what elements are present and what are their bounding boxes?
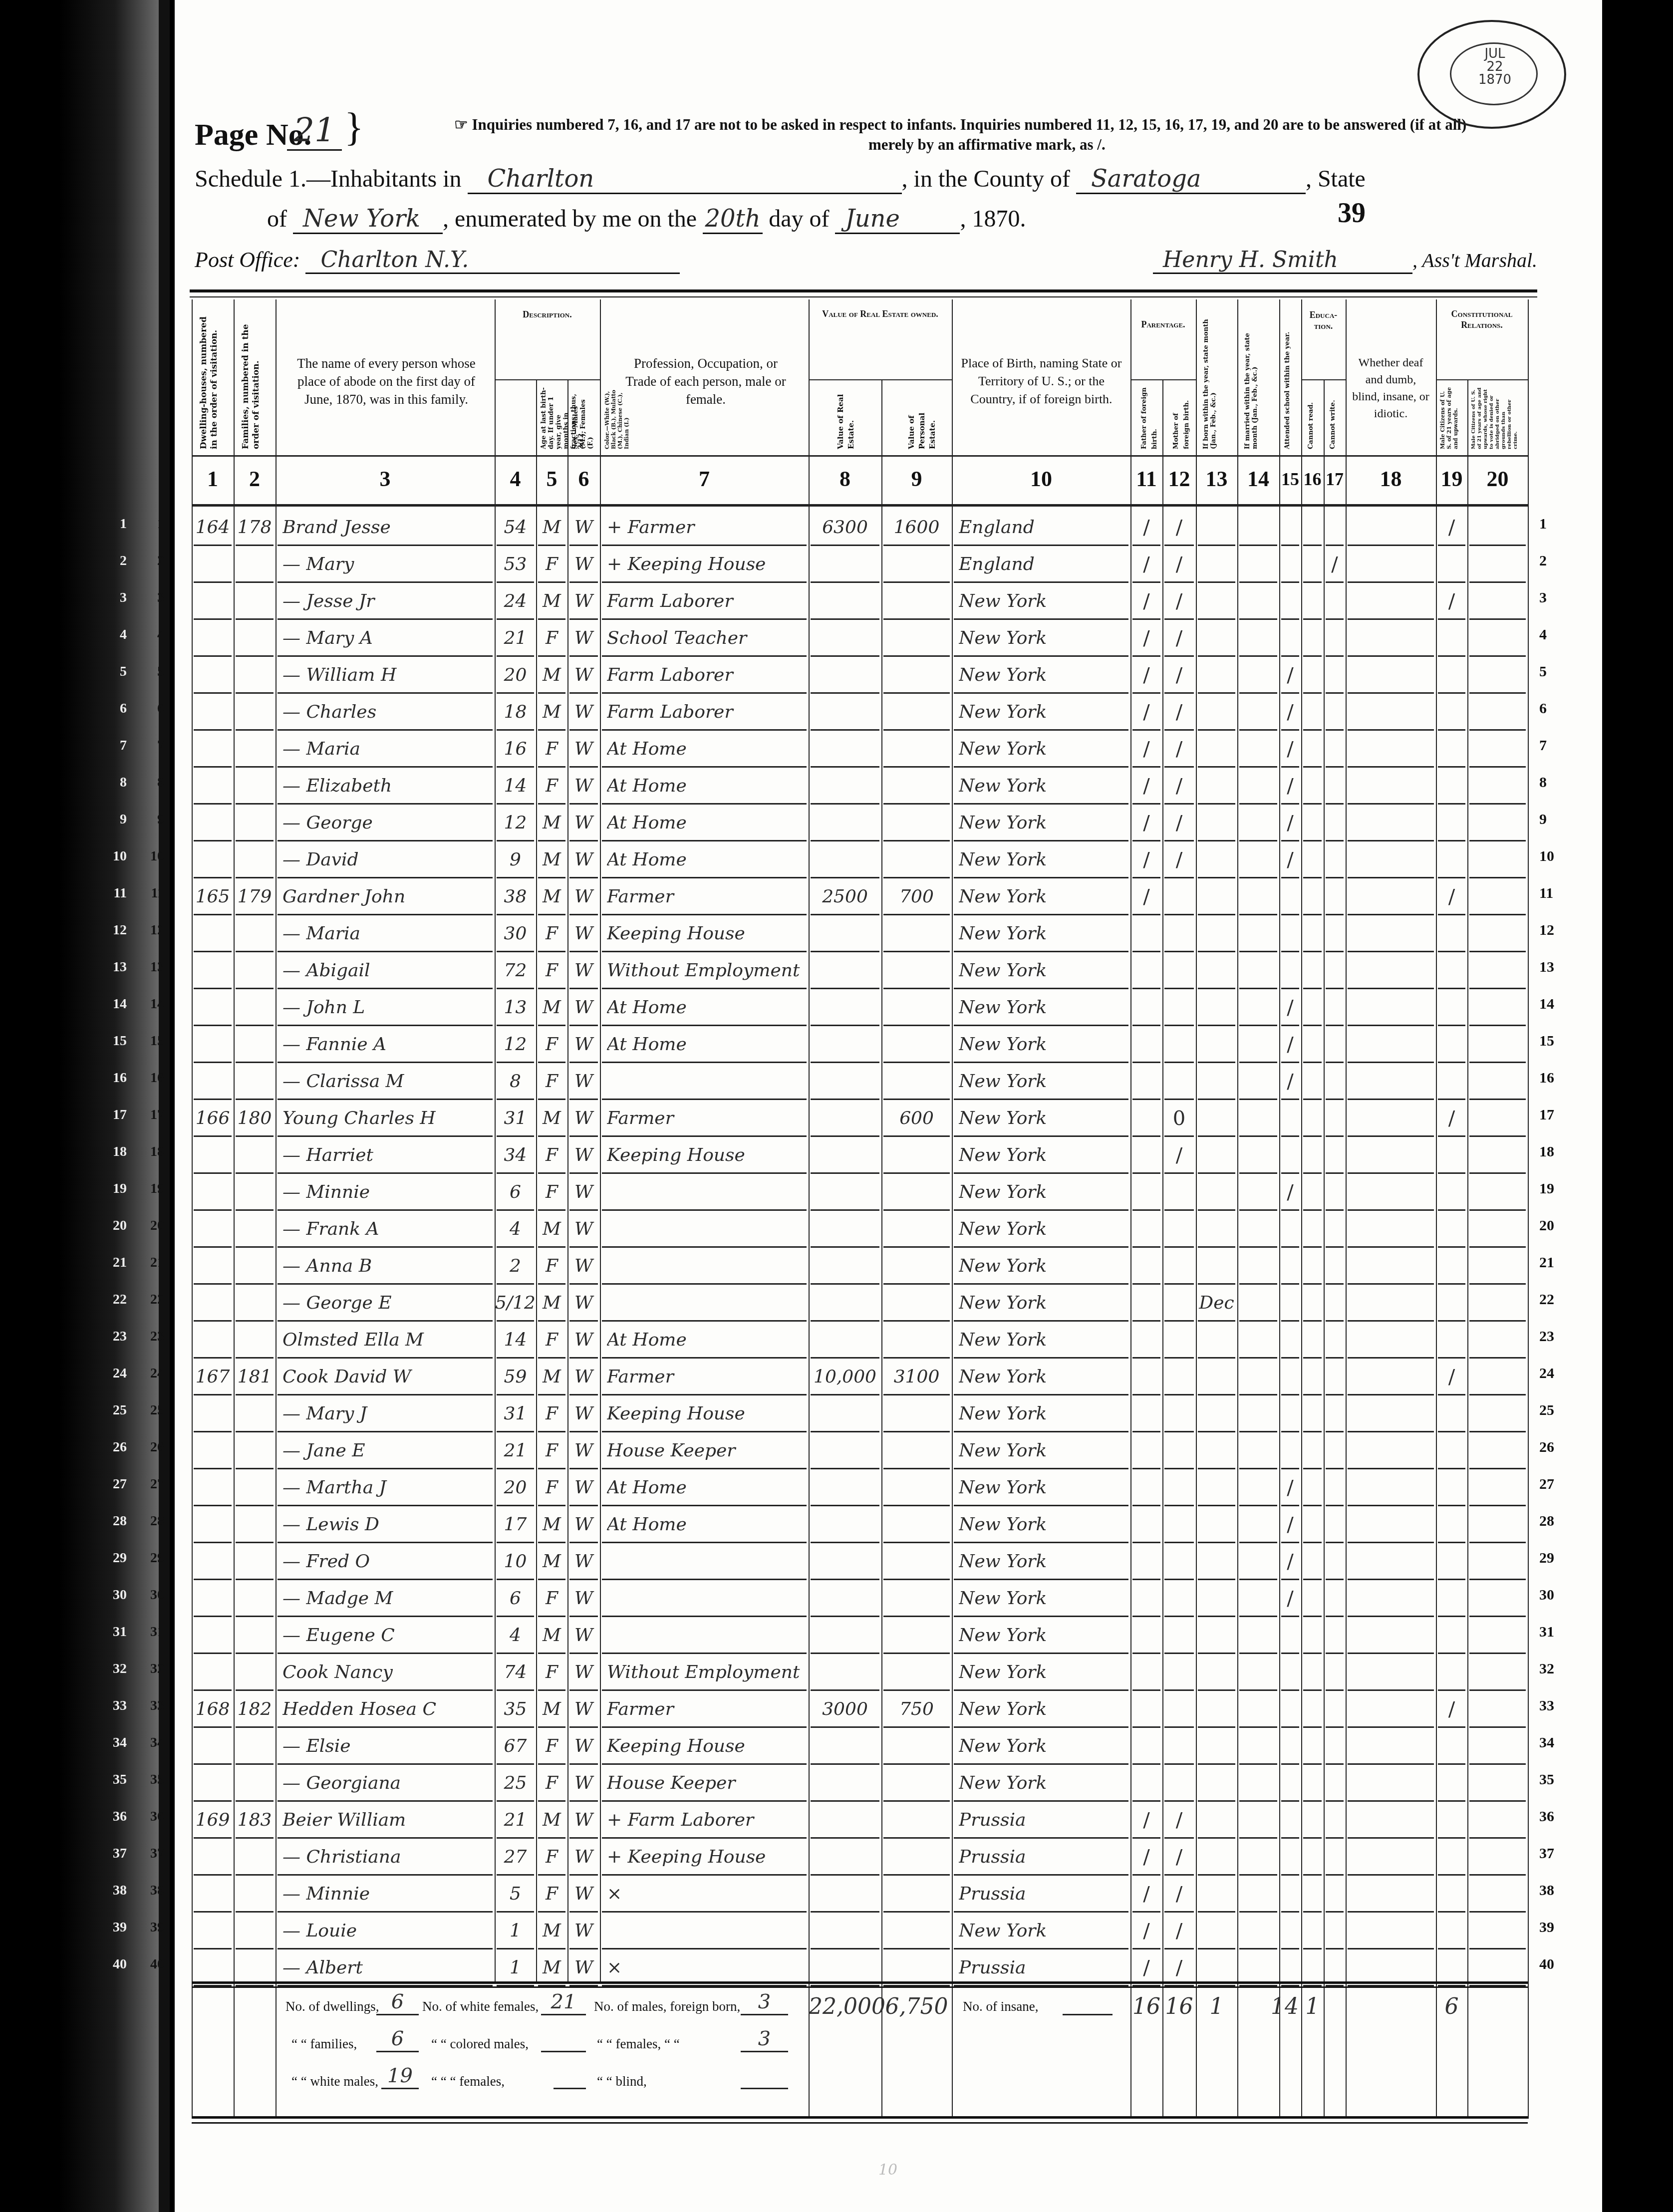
cell-occupation: + Keeping House <box>607 1839 809 1876</box>
cell-c18 <box>1346 1174 1436 1211</box>
white-females-label: No. of white females, <box>422 1999 539 2014</box>
cell-family <box>234 1026 276 1063</box>
cell-color: W <box>567 1543 600 1580</box>
cell-real-estate <box>809 768 881 805</box>
cell-c13 <box>1196 878 1237 915</box>
cell-sex: M <box>536 1506 567 1543</box>
cell-dwelling <box>192 768 234 805</box>
group-rule <box>1436 379 1528 380</box>
cell-sex: F <box>536 1432 567 1469</box>
row-number-right: 11 <box>1539 878 1574 915</box>
cell-age: 20 <box>495 657 536 694</box>
cell-real-estate: 3000 <box>809 1691 881 1728</box>
cell-c20 <box>1467 805 1528 841</box>
sheet-number: 39 <box>1338 197 1366 229</box>
inquiries-note-line2: merely by an affirmative mark, as /. <box>868 136 1106 154</box>
table-row: 131313— Abigail72FWWithout EmploymentNew… <box>192 952 1528 989</box>
cell-real-estate <box>809 1137 881 1174</box>
cell-c12 <box>1162 1026 1196 1063</box>
cell-c17 <box>1324 1839 1346 1876</box>
cell-personal-estate <box>881 694 952 731</box>
cell-c18 <box>1346 1248 1436 1285</box>
cell-c11: / <box>1130 546 1162 583</box>
cell-real-estate: 2500 <box>809 878 881 915</box>
row-number-margin: 16 <box>107 1063 127 1100</box>
cell-family <box>234 1432 276 1469</box>
cell-c12 <box>1162 952 1196 989</box>
footer-bottom-rule <box>192 2122 1528 2124</box>
cell-c19 <box>1436 952 1467 989</box>
cell-c15 <box>1279 1728 1301 1765</box>
cell-c19 <box>1436 1026 1467 1063</box>
cell-c16 <box>1301 1174 1324 1211</box>
cell-c14 <box>1237 1876 1279 1913</box>
row-number-margin: 24 <box>107 1359 127 1395</box>
cell-sex: F <box>536 1248 567 1285</box>
cell-dwelling <box>192 1765 234 1802</box>
cell-color: W <box>567 1765 600 1802</box>
cell-birthplace: New York <box>959 1765 1130 1802</box>
cell-age: 25 <box>495 1765 536 1802</box>
table-row: 313131— Eugene C4MWNew York <box>192 1617 1528 1654</box>
day-of-label: day of <box>769 206 829 232</box>
cell-c11 <box>1130 1469 1162 1506</box>
row-number-right: 31 <box>1539 1617 1574 1654</box>
cell-c15: / <box>1279 694 1301 731</box>
cell-family: 179 <box>234 878 276 915</box>
cell-c13 <box>1196 989 1237 1026</box>
cell-sex: M <box>536 509 567 546</box>
cell-c14 <box>1237 1100 1279 1137</box>
cell-c14 <box>1237 1728 1279 1765</box>
cell-dwelling <box>192 1211 234 1248</box>
cell-c18 <box>1346 841 1436 878</box>
cell-c17 <box>1324 509 1346 546</box>
cell-color: W <box>567 583 600 620</box>
cell-c13 <box>1196 1432 1237 1469</box>
cell-c18 <box>1346 1137 1436 1174</box>
cell-c15: / <box>1279 1063 1301 1100</box>
cell-birthplace: England <box>959 509 1130 546</box>
table-row: 181818— Harriet34FWKeeping HouseNew York… <box>192 1137 1528 1174</box>
cell-age: 67 <box>495 1728 536 1765</box>
cell-c19 <box>1436 915 1467 952</box>
cell-c15 <box>1279 509 1301 546</box>
cell-c11: / <box>1130 1949 1162 1986</box>
cell-c19 <box>1436 1285 1467 1322</box>
cell-age: 59 <box>495 1359 536 1395</box>
cell-real-estate <box>809 805 881 841</box>
cell-c19: / <box>1436 583 1467 620</box>
row-number-left: 8 <box>139 768 164 805</box>
table-row: 262626— Jane E21FWHouse KeeperNew York <box>192 1432 1528 1469</box>
cell-c16 <box>1301 1248 1324 1285</box>
cell-name: — Harriet <box>282 1137 495 1174</box>
cell-c18 <box>1346 657 1436 694</box>
cell-age: 53 <box>495 546 536 583</box>
row-number-right: 29 <box>1539 1543 1574 1580</box>
cell-sex: F <box>536 1765 567 1802</box>
table-row: 232323Olmsted Ella M14FWAt HomeNew York <box>192 1322 1528 1359</box>
cell-c14 <box>1237 546 1279 583</box>
cell-c16 <box>1301 1913 1324 1949</box>
row-number-right: 5 <box>1539 657 1574 694</box>
cell-c17 <box>1324 952 1346 989</box>
cell-c15 <box>1279 1765 1301 1802</box>
col-header-cannot-write: Cannot write. <box>1328 387 1343 449</box>
cell-name: — Maria <box>282 915 495 952</box>
cell-c16 <box>1301 1802 1324 1839</box>
table-row: 252525— Mary J31FWKeeping HouseNew York <box>192 1395 1528 1432</box>
col-number: 1 <box>192 459 234 499</box>
row-number-margin: 7 <box>107 731 127 768</box>
cell-c11 <box>1130 1026 1162 1063</box>
cell-color: W <box>567 768 600 805</box>
cell-c11 <box>1130 1765 1162 1802</box>
cell-birthplace: New York <box>959 1026 1130 1063</box>
cell-c16 <box>1301 1137 1324 1174</box>
marshal-line: Henry H. Smith, Ass't Marshal. <box>1153 247 1537 274</box>
cell-occupation <box>607 1580 809 1617</box>
cell-c14 <box>1237 1211 1279 1248</box>
cell-c18 <box>1346 509 1436 546</box>
cell-c18 <box>1346 1839 1436 1876</box>
cell-c17 <box>1324 915 1346 952</box>
row-number-left: 25 <box>139 1395 164 1432</box>
cell-c20 <box>1467 1174 1528 1211</box>
col-number: 20 <box>1467 459 1528 499</box>
cell-real-estate <box>809 1469 881 1506</box>
cell-c12: / <box>1162 805 1196 841</box>
cell-c18 <box>1346 583 1436 620</box>
row-number-left: 40 <box>139 1949 164 1986</box>
cell-name: — Charles <box>282 694 495 731</box>
table-row: 111111165179Gardner John38MWFarmer250070… <box>192 878 1528 915</box>
row-number-margin: 9 <box>107 805 127 841</box>
col-number: 6 <box>567 459 600 499</box>
row-number-left: 3 <box>139 583 164 620</box>
cell-occupation: × <box>607 1876 809 1913</box>
cell-c18 <box>1346 620 1436 657</box>
white-males-label: “ “ white males, <box>291 2074 378 2089</box>
cell-color: W <box>567 1285 600 1322</box>
cell-c17 <box>1324 1617 1346 1654</box>
col-number: 7 <box>600 459 809 499</box>
row-number-right: 20 <box>1539 1211 1574 1248</box>
cell-name: Brand Jesse <box>282 509 495 546</box>
cell-personal-estate <box>881 1248 952 1285</box>
cell-dwelling <box>192 1137 234 1174</box>
header-rule-thick <box>190 289 1537 292</box>
cell-occupation <box>607 1617 809 1654</box>
cell-c11: / <box>1130 583 1162 620</box>
cell-name: Olmsted Ella M <box>282 1322 495 1359</box>
stamp-day: 22 <box>1475 60 1515 73</box>
cell-c20 <box>1467 1322 1528 1359</box>
cell-c16 <box>1301 1063 1324 1100</box>
cell-c19 <box>1436 1543 1467 1580</box>
cell-c13 <box>1196 1949 1237 1986</box>
cell-c15 <box>1279 1802 1301 1839</box>
cell-c16 <box>1301 1432 1324 1469</box>
row-number-right: 12 <box>1539 915 1574 952</box>
cell-c18 <box>1346 1654 1436 1691</box>
cell-personal-estate <box>881 989 952 1026</box>
cell-c19 <box>1436 1063 1467 1100</box>
row-number-left: 5 <box>139 657 164 694</box>
cell-c13 <box>1196 1137 1237 1174</box>
cell-sex: M <box>536 1949 567 1986</box>
cell-c14 <box>1237 1322 1279 1359</box>
cell-family <box>234 620 276 657</box>
cell-family <box>234 694 276 731</box>
cell-c19 <box>1436 1211 1467 1248</box>
cell-c16 <box>1301 1654 1324 1691</box>
cell-c17 <box>1324 1137 1346 1174</box>
cell-c12 <box>1162 1063 1196 1100</box>
cell-c17 <box>1324 1876 1346 1913</box>
cell-birthplace: New York <box>959 805 1130 841</box>
cell-real-estate <box>809 1026 881 1063</box>
cell-c16 <box>1301 1359 1324 1395</box>
cell-c19: / <box>1436 878 1467 915</box>
cell-family <box>234 1285 276 1322</box>
cell-birthplace: Prussia <box>959 1876 1130 1913</box>
col-header-personal-estate: Value of Personal Estate. <box>906 387 926 449</box>
cell-birthplace: New York <box>959 1174 1130 1211</box>
females-foreign-label: “ “ females, “ “ <box>597 2036 680 2052</box>
dwellings-label: No. of dwellings, <box>285 1999 379 2014</box>
cell-real-estate <box>809 1654 881 1691</box>
cell-occupation: At Home <box>607 1322 809 1359</box>
cell-personal-estate <box>881 1432 952 1469</box>
cell-personal-estate <box>881 1174 952 1211</box>
cell-real-estate <box>809 1543 881 1580</box>
cell-occupation <box>607 1913 809 1949</box>
cell-c13 <box>1196 1691 1237 1728</box>
cell-birthplace: New York <box>959 952 1130 989</box>
summary-footer: No. of dwellings, 6 No. of white females… <box>192 1984 1528 2119</box>
row-number-left: 2 <box>139 546 164 583</box>
schedule-line: Schedule 1.—Inhabitants in Charlton, in … <box>195 165 1366 194</box>
colored-females-label: “ “ “ females, <box>431 2074 505 2089</box>
page-bottom-note: 10 <box>878 2161 897 2179</box>
cell-personal-estate <box>881 1063 952 1100</box>
cell-age: 18 <box>495 694 536 731</box>
cell-dwelling: 166 <box>192 1100 234 1137</box>
cell-sex: M <box>536 1691 567 1728</box>
cell-name: — Mary <box>282 546 495 583</box>
cell-color: W <box>567 657 600 694</box>
cell-personal-estate <box>881 1285 952 1322</box>
cell-birthplace: New York <box>959 1432 1130 1469</box>
cell-dwelling: 168 <box>192 1691 234 1728</box>
cell-personal-estate <box>881 1913 952 1949</box>
row-number-margin: 1 <box>107 509 127 546</box>
cell-c18 <box>1346 1432 1436 1469</box>
cell-c18 <box>1346 915 1436 952</box>
cell-c16 <box>1301 1543 1324 1580</box>
cell-sex: F <box>536 1137 567 1174</box>
row-number-margin: 26 <box>107 1432 127 1469</box>
cell-real-estate <box>809 694 881 731</box>
cell-birthplace: New York <box>959 1913 1130 1949</box>
table-row: 888— Elizabeth14FWAt HomeNew York/// <box>192 768 1528 805</box>
row-number-right: 6 <box>1539 694 1574 731</box>
cell-occupation: Farm Laborer <box>607 694 809 731</box>
cell-c16 <box>1301 1691 1324 1728</box>
cell-dwelling <box>192 915 234 952</box>
cell-dwelling <box>192 1506 234 1543</box>
cell-occupation: Farmer <box>607 1100 809 1137</box>
row-number-right: 15 <box>1539 1026 1574 1063</box>
cell-c14 <box>1237 1469 1279 1506</box>
cell-dwelling <box>192 1174 234 1211</box>
cell-c14 <box>1237 509 1279 546</box>
cell-personal-estate <box>881 1765 952 1802</box>
cell-c16 <box>1301 1580 1324 1617</box>
cell-family <box>234 1765 276 1802</box>
table-row: 292929— Fred O10MWNew York/ <box>192 1543 1528 1580</box>
cell-name: — William H <box>282 657 495 694</box>
cell-c18 <box>1346 1691 1436 1728</box>
cell-c11: / <box>1130 731 1162 768</box>
cell-age: 4 <box>495 1211 536 1248</box>
row-number-margin: 18 <box>107 1137 127 1174</box>
cell-sex: M <box>536 1543 567 1580</box>
cell-c20 <box>1467 1248 1528 1285</box>
cell-c12 <box>1162 1580 1196 1617</box>
township-field: Charlton <box>468 165 902 194</box>
cell-age: 12 <box>495 805 536 841</box>
cell-c15: / <box>1279 1174 1301 1211</box>
cell-c16 <box>1301 1026 1324 1063</box>
cell-birthplace: New York <box>959 1211 1130 1248</box>
cell-real-estate <box>809 731 881 768</box>
cell-c13 <box>1196 1174 1237 1211</box>
cell-c15 <box>1279 1248 1301 1285</box>
cell-c14 <box>1237 1543 1279 1580</box>
cell-c19 <box>1436 1728 1467 1765</box>
cell-c18 <box>1346 805 1436 841</box>
row-number-left: 34 <box>139 1728 164 1765</box>
cell-c11 <box>1130 1728 1162 1765</box>
cell-c12: / <box>1162 509 1196 546</box>
cell-sex: M <box>536 694 567 731</box>
cell-c14 <box>1237 1359 1279 1395</box>
page-number-value: 21 <box>287 111 342 151</box>
table-row: 141414— John L13MWAt HomeNew York/ <box>192 989 1528 1026</box>
row-number-right: 27 <box>1539 1469 1574 1506</box>
cell-c12: / <box>1162 1949 1196 1986</box>
cell-color: W <box>567 952 600 989</box>
cell-age: 2 <box>495 1248 536 1285</box>
cell-occupation: At Home <box>607 841 809 878</box>
cell-color: W <box>567 1100 600 1137</box>
cell-occupation: Without Employment <box>607 1654 809 1691</box>
cell-birthplace: New York <box>959 657 1130 694</box>
cell-c20 <box>1467 1359 1528 1395</box>
state-label: , State <box>1306 166 1366 192</box>
cell-age: 54 <box>495 509 536 546</box>
cell-family <box>234 841 276 878</box>
cell-c11: / <box>1130 509 1162 546</box>
cell-c13 <box>1196 805 1237 841</box>
cell-name: — Lewis D <box>282 1506 495 1543</box>
cell-c12: / <box>1162 768 1196 805</box>
cell-sex: F <box>536 620 567 657</box>
cell-c11: / <box>1130 1876 1162 1913</box>
cell-color: W <box>567 620 600 657</box>
cell-age: 1 <box>495 1949 536 1986</box>
cell-c18 <box>1346 546 1436 583</box>
cell-c12 <box>1162 1506 1196 1543</box>
cell-c15: / <box>1279 768 1301 805</box>
row-number-left: 11 <box>139 878 164 915</box>
cell-c14 <box>1237 915 1279 952</box>
row-number-left: 7 <box>139 731 164 768</box>
cell-real-estate <box>809 1913 881 1949</box>
cell-c18 <box>1346 1580 1436 1617</box>
cell-c15: / <box>1279 731 1301 768</box>
cell-personal-estate <box>881 1543 952 1580</box>
cell-c18 <box>1346 1506 1436 1543</box>
cell-c15 <box>1279 1359 1301 1395</box>
cell-family <box>234 1617 276 1654</box>
cell-age: 31 <box>495 1395 536 1432</box>
cell-c13 <box>1196 841 1237 878</box>
cell-sex: M <box>536 1285 567 1322</box>
row-number-margin: 29 <box>107 1543 127 1580</box>
cell-birthplace: New York <box>959 1506 1130 1543</box>
cell-dwelling <box>192 1654 234 1691</box>
cell-birthplace: New York <box>959 915 1130 952</box>
row-number-left: 28 <box>139 1506 164 1543</box>
cell-c17 <box>1324 1654 1346 1691</box>
cell-name: — Madge M <box>282 1580 495 1617</box>
cell-family <box>234 1469 276 1506</box>
row-number-margin: 23 <box>107 1322 127 1359</box>
row-number-right: 4 <box>1539 620 1574 657</box>
cell-c12: / <box>1162 1137 1196 1174</box>
row-number-left: 38 <box>139 1876 164 1913</box>
year-label: , 1870. <box>960 206 1026 232</box>
cell-real-estate <box>809 1580 881 1617</box>
cell-c13 <box>1196 657 1237 694</box>
cell-c16 <box>1301 546 1324 583</box>
cell-real-estate <box>809 989 881 1026</box>
cell-c15 <box>1279 1876 1301 1913</box>
table-row: 191919— Minnie6FWNew York/ <box>192 1174 1528 1211</box>
row-number-margin: 39 <box>107 1913 127 1949</box>
row-number-left: 1 <box>139 509 164 546</box>
cell-real-estate <box>809 1765 881 1802</box>
cell-c14 <box>1237 1654 1279 1691</box>
cell-personal-estate <box>881 1839 952 1876</box>
row-number-left: 14 <box>139 989 164 1026</box>
cell-age: 20 <box>495 1469 536 1506</box>
row-number-left: 20 <box>139 1211 164 1248</box>
post-office-label: Post Office: <box>195 248 300 272</box>
cell-family <box>234 1322 276 1359</box>
row-number-left: 27 <box>139 1469 164 1506</box>
row-number-right: 2 <box>1539 546 1574 583</box>
row-number-left: 18 <box>139 1137 164 1174</box>
group-header-description: Description. <box>495 309 600 320</box>
cell-personal-estate <box>881 915 952 952</box>
cell-sex: F <box>536 1728 567 1765</box>
table-row: 383838— Minnie5FW×Prussia// <box>192 1876 1528 1913</box>
